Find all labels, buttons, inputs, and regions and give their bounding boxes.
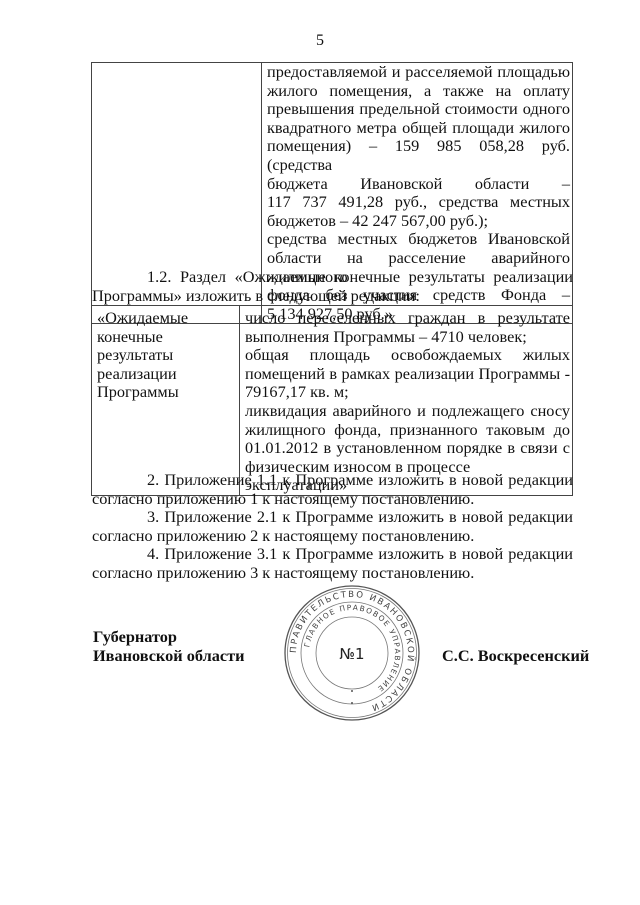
results-label-line: Программы — [97, 383, 237, 402]
results-table-value-cell: число переселенных граждан в результатев… — [240, 306, 573, 496]
results-label-line: реализации — [97, 365, 237, 384]
results-text-line: число переселенных граждан в результате — [245, 309, 570, 328]
official-seal-icon: ПРАВИТЕЛЬСТВО ИВАНОВСКОЙ ОБЛАСТИ ГЛАВНОЕ… — [282, 583, 422, 723]
results-text-line: общая площадь освобождаемых жилых — [245, 346, 570, 365]
signatory-title-line1: Губернатор — [93, 628, 244, 647]
page-number: 5 — [0, 32, 640, 50]
results-text-line: 01.01.2012 в установленном порядке в свя… — [245, 439, 570, 458]
svg-text:№1: №1 — [339, 645, 364, 663]
funding-text-line: превышения предельной стоимости одного — [267, 100, 570, 119]
signatory-title-line2: Ивановской области — [93, 647, 244, 666]
paragraph-4-line1: 4. Приложение 3.1 к Программе изложить в… — [92, 545, 573, 564]
paragraph-3: 3. Приложение 2.1 к Программе изложить в… — [92, 508, 573, 545]
funding-text-line: предоставляемой и расселяемой площадью — [267, 63, 570, 82]
results-text-line: 79167,17 кв. м; — [245, 383, 570, 402]
funding-text-line: 117 737 491,28 руб., средства местных — [267, 193, 570, 212]
signatory-name: С.С. Воскресенский — [442, 647, 589, 666]
paragraph-2-line2: согласно приложению 1 к настоящему поста… — [92, 490, 573, 509]
funding-text-line: средства местных бюджетов Ивановской — [267, 230, 570, 249]
paragraph-4: 4. Приложение 3.1 к Программе изложить в… — [92, 545, 573, 582]
section-1-2-line2: Программы» изложить в следующей редакции… — [92, 287, 573, 306]
results-table-label-cell: «Ожидаемыеконечные результатыреализацииП… — [92, 306, 240, 496]
section-1-2: 1.2. Раздел «Ожидаемые конечные результа… — [92, 268, 573, 305]
signatory-title: Губернатор Ивановской области — [93, 628, 244, 665]
paragraph-3-line2: согласно приложению 2 к настоящему поста… — [92, 527, 573, 546]
funding-text-line: бюджетов – 42 247 567,00 руб.); — [267, 212, 570, 231]
results-text-line: ликвидация аварийного и подлежащего снос… — [245, 402, 570, 421]
results-text-line: помещений в рамках реализации Программы … — [245, 365, 570, 384]
results-text-line: выполнения Программы – 4710 человек; — [245, 328, 570, 347]
funding-text-line: квадратного метра общей площади жилого — [267, 119, 570, 138]
section-1-2-line1: 1.2. Раздел «Ожидаемые конечные результа… — [92, 268, 573, 287]
results-label-line: «Ожидаемые — [97, 309, 237, 328]
paragraph-2: 2. Приложение 1.1 к Программе изложить в… — [92, 471, 573, 508]
results-table: «Ожидаемыеконечные результатыреализацииП… — [91, 305, 573, 496]
funding-text-line: бюджета Ивановской области – — [267, 175, 570, 194]
results-label-line: конечные результаты — [97, 328, 237, 365]
results-label: «Ожидаемыеконечные результатыреализацииП… — [97, 309, 237, 402]
results-text: число переселенных граждан в результатев… — [245, 309, 570, 495]
paragraph-2-line1: 2. Приложение 1.1 к Программе изложить в… — [92, 471, 573, 490]
funding-text-line: помещения) – 159 985 058,28 руб. (средст… — [267, 137, 570, 174]
paragraph-3-line1: 3. Приложение 2.1 к Программе изложить в… — [92, 508, 573, 527]
paragraph-4-line2: согласно приложению 3 к настоящему поста… — [92, 564, 573, 583]
results-text-line: жилищного фонда, признанного таковым до — [245, 421, 570, 440]
funding-text-line: жилого помещения, а также на оплату — [267, 82, 570, 101]
